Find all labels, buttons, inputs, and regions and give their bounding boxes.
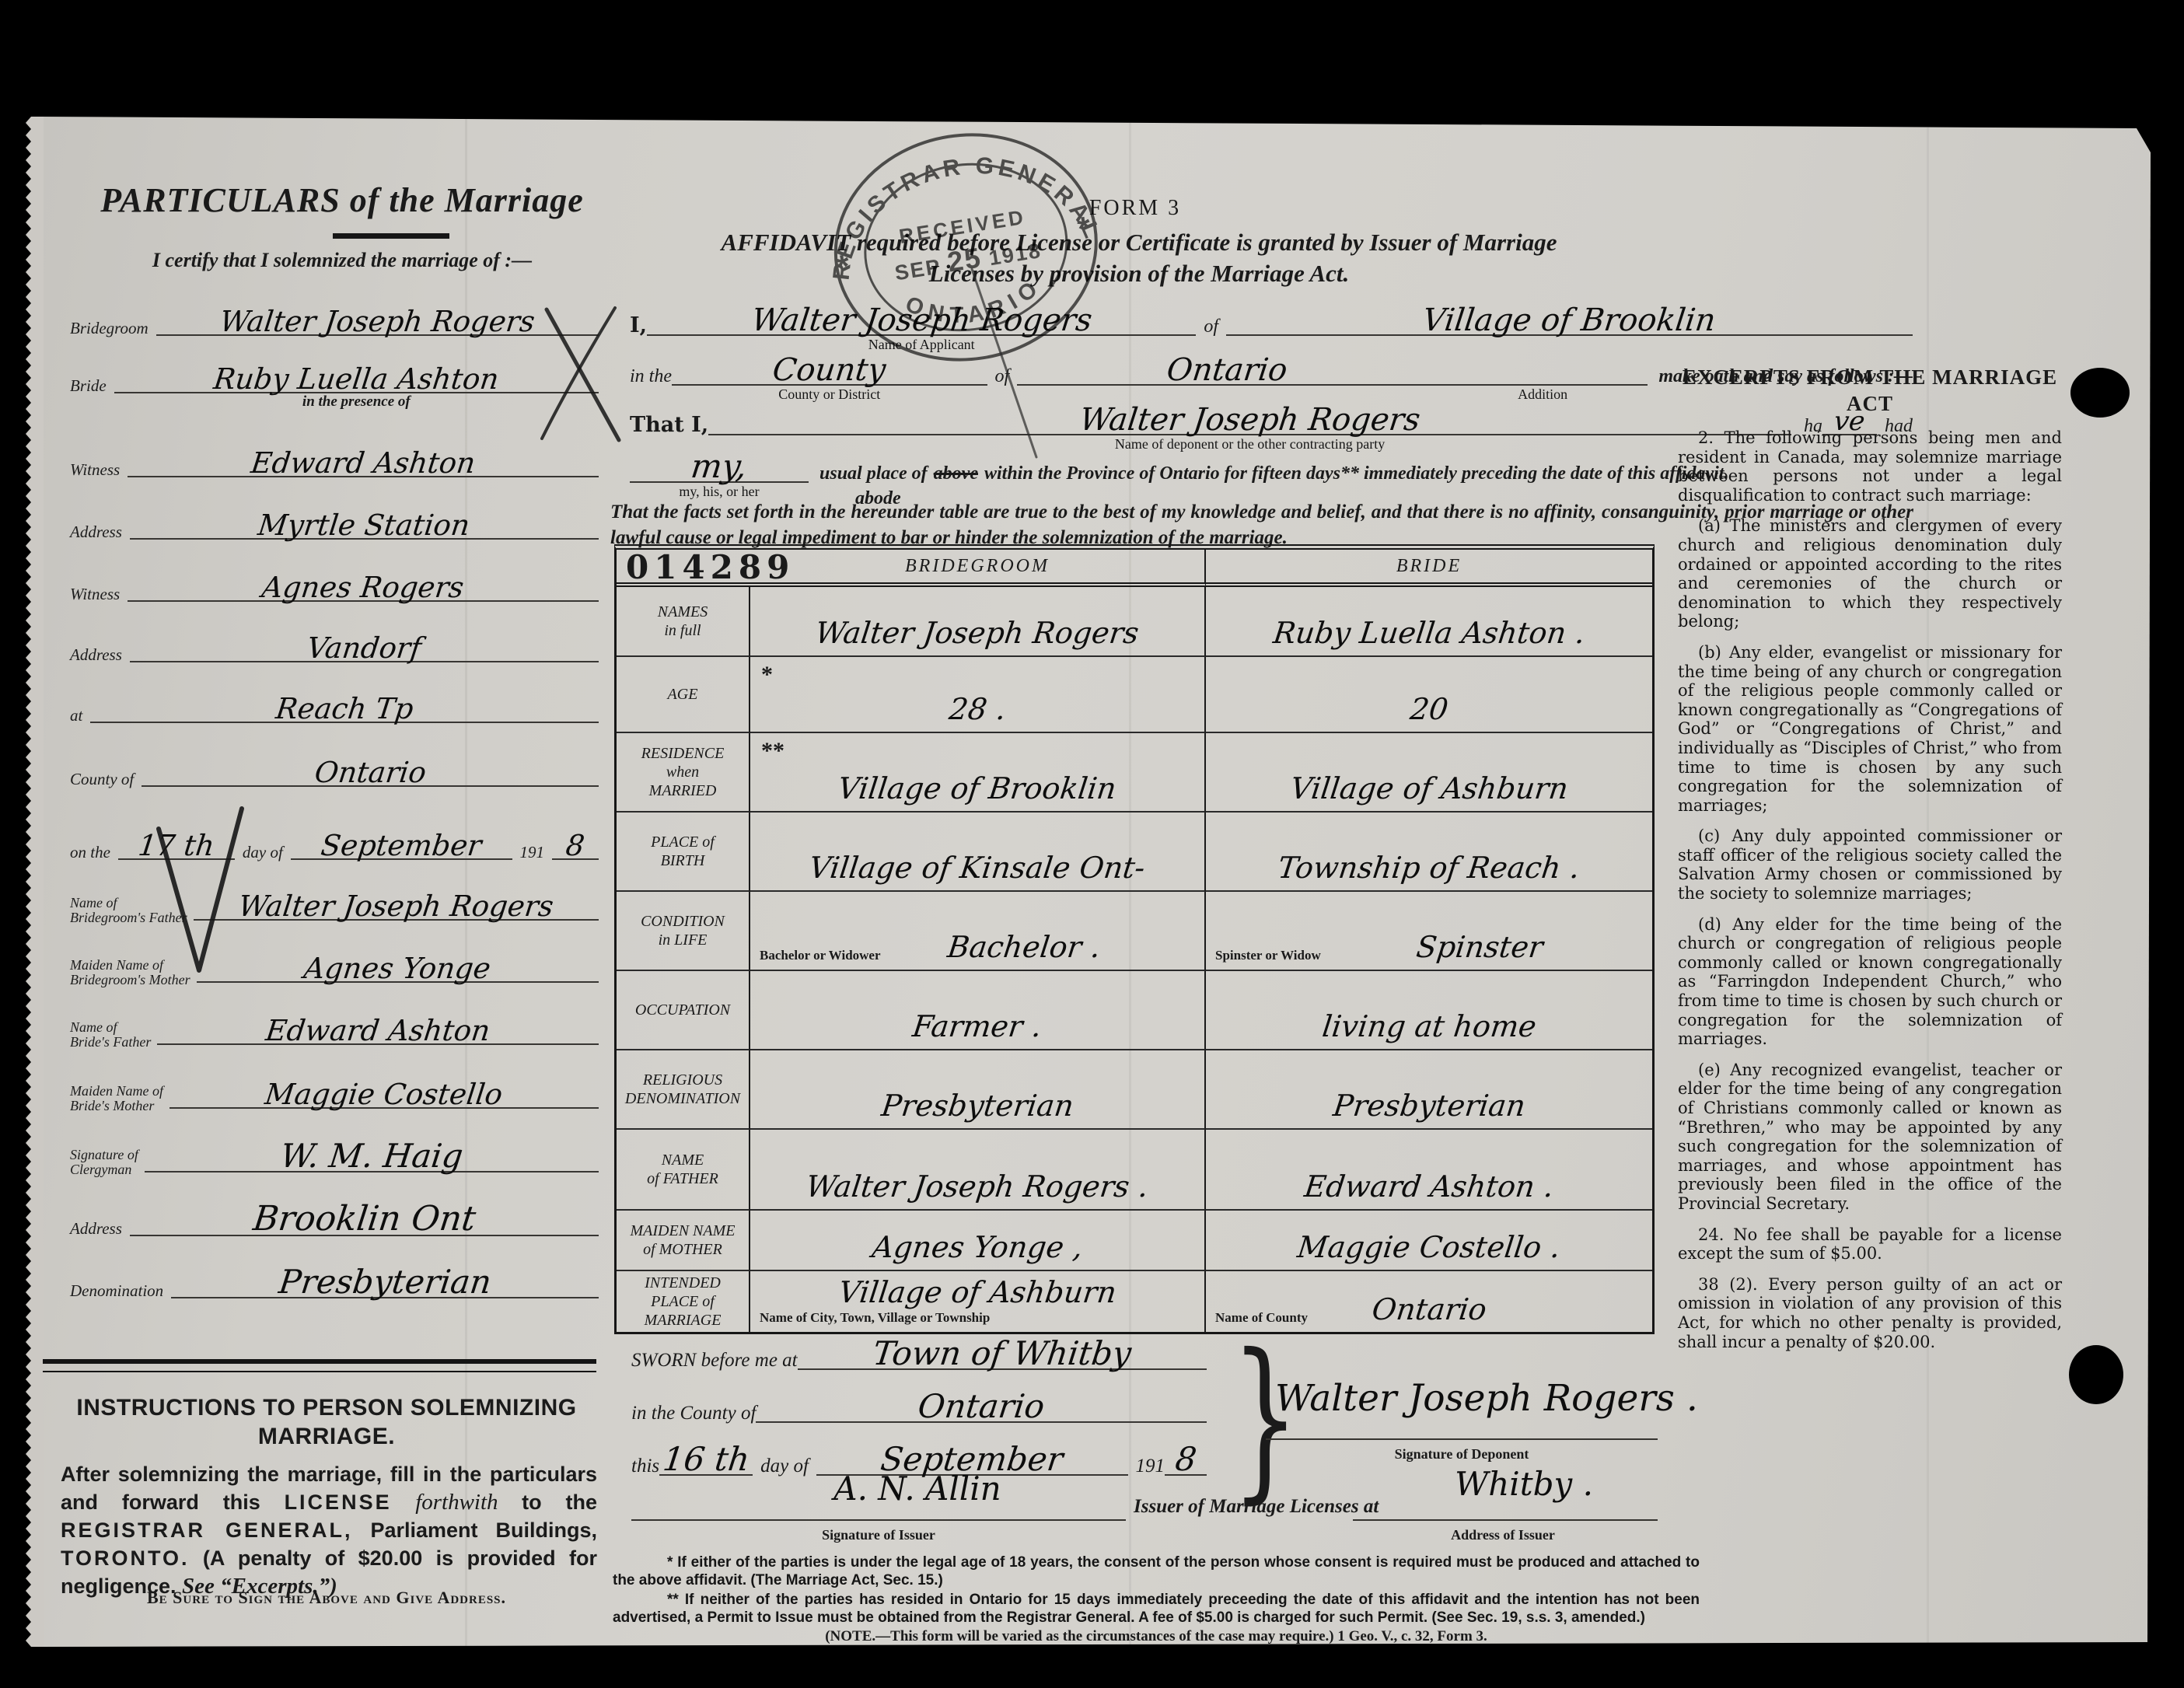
excerpt-section-24: 24. No fee shall be payable for a licens… (1678, 1225, 2062, 1263)
field-county: County of Ontario (70, 760, 599, 787)
row-label-intended-place: INTENDEDPLACE ofMARRIAGE (617, 1271, 750, 1332)
field-line: Vandorf (130, 634, 599, 662)
field-label: Witness (70, 460, 128, 480)
footnote-star: ** (761, 738, 784, 764)
condition-groom-caption: Bachelor or Widower (760, 948, 881, 963)
field-line: Brooklin Ont (130, 1208, 599, 1236)
excerpt-clause-a: (a) The ministers and clergymen of every… (1678, 516, 2062, 631)
row-label-names: NAMESin full (617, 587, 750, 657)
footnote-3: (NOTE.—This form will be varied as the c… (613, 1628, 1700, 1645)
scanned-marriage-affidavit: PARTICULARS of the Marriage I certify th… (0, 0, 2184, 1688)
punch-hole (2069, 1345, 2123, 1404)
field-label: Address (70, 522, 130, 542)
deponent-line: Walter Joseph Rogers Name of deponent or… (708, 407, 1791, 435)
field-value: Presbyterian (277, 1267, 492, 1297)
deponent-signature-caption: Signature of Deponent (1395, 1446, 1529, 1463)
punch-hole (2070, 368, 2130, 418)
condition-bride-caption: Spinster or Widow (1215, 948, 1321, 963)
issuer-signature-line (631, 1519, 1126, 1521)
row-label-age: AGE (617, 657, 750, 733)
field-bridegroom: Bridegroom Walter Joseph Rogers (70, 309, 599, 336)
applicant-place-line: Village of Brooklin (1226, 308, 1913, 336)
field-label: at (70, 706, 90, 725)
perforated-edge (23, 117, 44, 1647)
printed-that-i: That I, (630, 413, 708, 437)
sworn-year-line: 8 (1165, 1448, 1207, 1476)
names-groom: Walter Joseph Rogers (750, 587, 1206, 657)
field-value: Ontario (313, 760, 428, 785)
field-line: Edward Ashton (128, 449, 599, 477)
my-caption: my, his, or her (679, 484, 759, 500)
date-month: September (320, 833, 483, 858)
intended-groom-caption: Name of City, Town, Village or Township (760, 1310, 990, 1326)
intended-place-groom: Name of City, Town, Village or TownshipV… (750, 1271, 1206, 1332)
residence-bride: Village of Ashburn (1206, 733, 1652, 813)
field-line: Reach Tp (90, 695, 599, 723)
field-line: Maggie Costello (169, 1081, 599, 1109)
row-label-birthplace: PLACE ofBIRTH (617, 813, 750, 892)
instructions-footer: Be Sure to Sign the Above and Give Addre… (70, 1588, 583, 1608)
row-label-residence: RESIDENCEwhenMARRIED (617, 733, 750, 813)
affidavit-heading-2: Licenses by provision of the Marriage Ac… (622, 260, 1656, 288)
addition-caption: Addition (1518, 386, 1567, 403)
province-line: Ontario (1017, 358, 1438, 386)
father-bride: Edward Ashton . (1206, 1130, 1652, 1211)
province-value: Ontario (1165, 356, 1289, 384)
field-line: Walter Joseph Rogers (194, 893, 599, 921)
applicant-place: Village of Brooklin (1421, 306, 1717, 334)
particulars-title: PARTICULARS of the Marriage (93, 180, 591, 220)
field-label: Witness (70, 585, 128, 604)
deponent-signature-line (1266, 1438, 1658, 1440)
title-rule (333, 233, 449, 239)
field-denomination: Denomination Presbyterian (70, 1272, 599, 1298)
date-month-line: September (291, 832, 512, 860)
affidavit-table: 014289 BRIDEGROOM BRIDE NAMESin full Wal… (614, 544, 1655, 1334)
field-label: Maiden Name ofBride's Mother (70, 1084, 169, 1113)
field-line: Ruby Luella Ashton in the presence of (114, 365, 599, 393)
deponent-caption: Name of deponent or the other contractin… (1115, 436, 1385, 453)
issuer-at-printed: Issuer of Marriage Licenses at (1134, 1496, 1379, 1518)
sworn-county: Ontario (917, 1392, 1047, 1421)
age-bride: 20 (1206, 657, 1652, 733)
instructions-body: After solemnizing the marriage, fill in … (61, 1460, 597, 1600)
field-value: Brooklin Ont (251, 1204, 477, 1235)
printed-of: of (1196, 316, 1226, 337)
row-label-mother: MAIDEN NAMEof MOTHER (617, 1211, 750, 1271)
field-line: Presbyterian (171, 1270, 599, 1298)
excerpts-column: EXCERPTS FROM THE MARRIAGEACT 2. The fol… (1678, 364, 2062, 1351)
field-label: Name ofBride's Father (70, 1020, 157, 1050)
field-value: Agnes Rogers (260, 575, 465, 600)
date-year-line: 8 (552, 832, 599, 860)
field-bridegroom-mother: Maiden Name ofBridegroom's Mother Agnes … (70, 956, 599, 983)
issuer-signature-caption: Signature of Issuer (822, 1527, 935, 1543)
county-caption: County or District (778, 386, 880, 403)
row-label-religion: RELIGIOUSDENOMINATION (617, 1050, 750, 1130)
printed-of-2: of (987, 366, 1018, 387)
field-label: Bride (70, 376, 114, 396)
excerpt-clause-e: (e) Any recognized evangelist, teacher o… (1678, 1061, 2062, 1214)
field-label: County of (70, 770, 142, 789)
footnote-2: ** If neither of the parties has resided… (613, 1591, 1700, 1627)
deponent-name: Walter Joseph Rogers (1078, 406, 1422, 434)
field-bride-father: Name ofBride's Father Edward Ashton (70, 1019, 599, 1045)
date-year: 8 (564, 833, 586, 858)
certify-line: I certify that I solemnized the marriage… (93, 249, 591, 272)
my-line: my, my, his, or her (630, 455, 809, 483)
row-label-condition: CONDITIONin LIFE (617, 892, 750, 971)
sworn-printed-1: SWORN before me at (631, 1350, 798, 1372)
residence-groom: **Village of Brooklin (750, 733, 1206, 813)
field-label: Address (70, 645, 130, 665)
addition-line: Addition (1438, 358, 1648, 386)
date-day: 17 th (137, 833, 216, 858)
printed-i: I, (630, 313, 647, 337)
field-clergyman-address: Address Brooklin Ont (70, 1210, 599, 1236)
field-label: Name ofBridegroom's Father (70, 896, 194, 925)
excerpts-heading: EXCERPTS FROM THE MARRIAGEACT (1678, 364, 2062, 417)
date-year-prefix: 191 (512, 843, 553, 862)
footnote-1: * If either of the parties is under the … (613, 1553, 1700, 1589)
field-value: Edward Ashton (264, 1018, 491, 1043)
sworn-day-line: 16 th (659, 1448, 753, 1476)
date-day-line: 17 th (118, 832, 235, 860)
issuer-address-value: Whitby . (1392, 1470, 1656, 1499)
excerpt-clause-c: (c) Any duly appointed commissioner or s… (1678, 827, 2062, 903)
affidavit-heading-1: AFFIDAVIT required before License or Cer… (622, 229, 1656, 257)
field-line: Ontario (142, 759, 599, 787)
printed-abode-pre: usual place of (809, 463, 928, 484)
field-value: Vandorf (306, 635, 423, 661)
issuer-address-caption: Address of Issuer (1451, 1527, 1555, 1543)
field-line: W. M. Haig (145, 1145, 599, 1173)
field-label: Address (70, 1219, 130, 1239)
sworn-county-line: Ontario (756, 1395, 1207, 1423)
field-at: at Reach Tp (70, 697, 599, 723)
row-label-occupation: OCCUPATION (617, 971, 750, 1050)
deponent-signature: Walter Joseph Rogers . (1275, 1382, 1664, 1415)
field-value: Agnes Yonge (302, 956, 492, 981)
field-bridegroom-father: Name ofBridegroom's Father Walter Joseph… (70, 894, 599, 921)
sworn-place: Town of Whitby (872, 1339, 1133, 1368)
field-line: Agnes Rogers (128, 574, 599, 602)
my-value: my, (690, 452, 749, 481)
registrar-general-stamp: REGISTRAR GENERAL RECEIVED SEP 25 1918 O… (804, 103, 1127, 388)
field-line: Myrtle Station (130, 512, 599, 540)
issuer-address-line (1353, 1519, 1658, 1521)
column-header-bride: BRIDE (1206, 550, 1652, 587)
field-witness-2: Witness Agnes Rogers (70, 575, 599, 602)
father-groom: Walter Joseph Rogers . (750, 1130, 1206, 1211)
column-header-bridegroom: BRIDEGROOM (750, 550, 1206, 587)
field-value: Edward Ashton (250, 450, 477, 476)
religion-bride: Presbyterian (1206, 1050, 1652, 1130)
religion-groom: Presbyterian (750, 1050, 1206, 1130)
field-address-1: Address Myrtle Station (70, 513, 599, 540)
sworn-printed-191: 191 (1128, 1456, 1165, 1477)
field-value: Maggie Costello (264, 1082, 504, 1107)
sworn-line-1: SWORN before me at Town of Whitby (631, 1342, 1207, 1370)
occupation-bride: living at home (1206, 971, 1652, 1050)
instructions-heading: INSTRUCTIONS TO PERSON SOLEMNIZING MARRI… (70, 1393, 583, 1451)
excerpt-clause-d: (d) Any elder for the time being of the … (1678, 915, 2062, 1049)
sworn-place-line: Town of Whitby (798, 1342, 1207, 1370)
field-clergyman-signature: Signature ofClergyman W. M. Haig (70, 1146, 599, 1173)
line-applicant: I, Walter Joseph Rogers Name of Applican… (630, 308, 1913, 336)
field-caption: in the presence of (302, 393, 411, 411)
field-label: Signature ofClergyman (70, 1148, 145, 1177)
date-mid: day of (235, 843, 291, 862)
field-value: Reach Tp (274, 696, 415, 722)
field-bride: Bride Ruby Luella Ashton in the presence… (70, 367, 599, 393)
birthplace-groom: Village of Kinsale Ont- (750, 813, 1206, 892)
field-value: W. M. Haig (278, 1141, 464, 1171)
names-bride: Ruby Luella Ashton . (1206, 587, 1652, 657)
field-label: Bridegroom (70, 319, 156, 338)
printed-abode-post: within the Province of Ontario for fifte… (984, 463, 1728, 484)
sworn-line-2: in the County of Ontario (631, 1395, 1207, 1423)
mother-bride: Maggie Costello . (1206, 1211, 1652, 1271)
field-value: Walter Joseph Rogers (218, 309, 536, 334)
printed-above-struck: above (928, 463, 984, 484)
excerpt-clause-b: (b) Any elder, evangelist or missionary … (1678, 643, 2062, 815)
excerpt-section-2: 2. The following persons being men and r… (1678, 428, 2062, 505)
birthplace-bride: Township of Reach . (1206, 813, 1652, 892)
sworn-printed-this: this (631, 1456, 659, 1477)
condition-groom: Bachelor or WidowerBachelor . (750, 892, 1206, 971)
field-label: Maiden Name ofBridegroom's Mother (70, 958, 197, 987)
excerpt-section-38: 38 (2). Every person guilty of an act or… (1678, 1275, 2062, 1351)
issuer-signature: A. N. Allin (746, 1474, 1089, 1504)
occupation-groom: Farmer . (750, 971, 1206, 1050)
sworn-day: 16 th (661, 1445, 750, 1474)
field-label: Denomination (70, 1281, 171, 1301)
section-divider (43, 1359, 596, 1372)
field-line: Walter Joseph Rogers (156, 308, 599, 336)
sworn-year: 8 (1173, 1445, 1197, 1474)
field-line: Edward Ashton (157, 1017, 599, 1045)
field-address-2: Address Vandorf (70, 636, 599, 662)
stamp-received: RECEIVED (897, 205, 1028, 248)
date-prefix: on the (70, 843, 118, 862)
field-value: Walter Joseph Rogers (237, 893, 555, 919)
field-witness-1: Witness Edward Ashton (70, 451, 599, 477)
field-value: Ruby Luella Ashton (212, 366, 500, 392)
field-bride-mother: Maiden Name ofBride's Mother Maggie Cost… (70, 1082, 599, 1109)
footnote-star: * (761, 662, 773, 688)
age-groom: *28 . (750, 657, 1206, 733)
field-line: Agnes Yonge (197, 955, 599, 983)
serial-cell: 014289 (617, 550, 750, 587)
row-label-father: NAMEof FATHER (617, 1130, 750, 1211)
field-value: Myrtle Station (257, 512, 471, 538)
sworn-printed-2: in the County of (631, 1403, 756, 1424)
field-marriage-date: on the 17 th day of September 191 8 (70, 834, 599, 860)
mother-groom: Agnes Yonge , (750, 1211, 1206, 1271)
condition-bride: Spinster or WidowSpinster (1206, 892, 1652, 971)
printed-in-the: in the (630, 366, 672, 387)
